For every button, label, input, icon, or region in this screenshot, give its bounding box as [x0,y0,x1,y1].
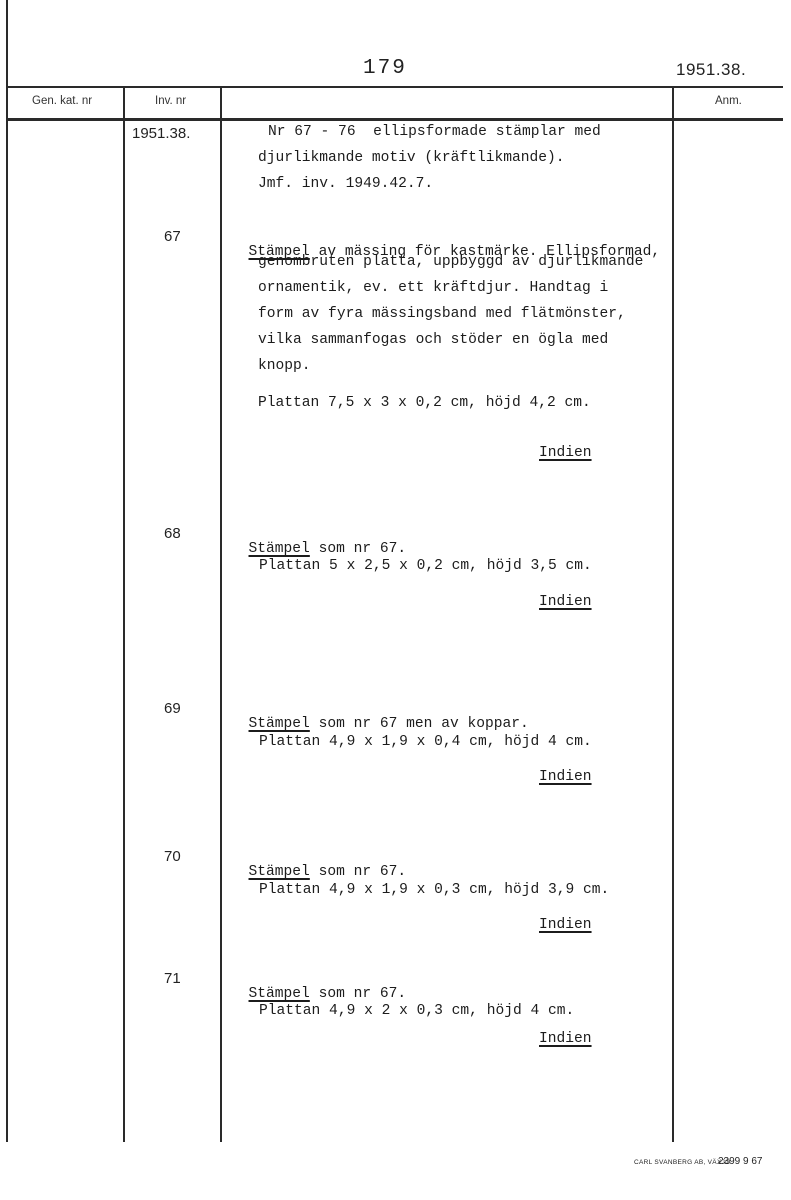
entry-number: 71 [164,970,181,987]
entry-title: Stämpel [249,716,310,732]
entry-line: knopp. [258,358,311,374]
entry-line: vilka sammanfogas och stöder en ögla med [258,332,608,348]
entry-first-line: Stämpel som nr 67. [231,848,406,880]
corner-inventory-number: 1951.38. [676,60,746,80]
intro-line: Jmf. inv. 1949.42.7. [258,176,433,192]
entry-line: form av fyra mässingsband med flätmönste… [258,306,626,322]
entry-first-line-rest: som nr 67. [310,864,406,880]
column-divider-gen-inv [123,86,125,1142]
entry-origin: Indien [539,1031,592,1047]
entry-first-line-rest: som nr 67 men av koppar. [310,716,529,732]
footer-form-number: 2399 9 67 [718,1156,763,1167]
column-header-anm: Anm. [715,95,742,107]
page-number: 179 [363,57,407,80]
entry-dimensions: Plattan 4,9 x 1,9 x 0,3 cm, höjd 3,9 cm. [259,882,609,898]
entry-origin: Indien [539,769,592,785]
entry-dimensions: Plattan 7,5 x 3 x 0,2 cm, höjd 4,2 cm. [258,395,591,411]
entry-number: 67 [164,228,181,245]
entry-number: 69 [164,700,181,717]
entry-origin: Indien [539,917,592,933]
entry-line: ornamentik, ev. ett kräftdjur. Handtag i [258,280,608,296]
entry-first-line: Stämpel som nr 67. [231,970,406,1002]
intro-line: Nr 67 - 76 ellipsformade stämplar med [268,124,601,140]
intro-line: djurlikmande motiv (kräftlikmande). [258,150,565,166]
entry-line: genombruten platta, uppbyggd av djurlikm… [258,254,643,270]
column-divider-inv-desc [220,86,222,1142]
entry-title: Stämpel [249,986,310,1002]
entry-origin: Indien [539,445,592,461]
entry-origin: Indien [539,594,592,610]
column-header-inv-nr: Inv. nr [155,95,186,107]
entry-title: Stämpel [249,864,310,880]
entry-dimensions: Plattan 5 x 2,5 x 0,2 cm, höjd 3,5 cm. [259,558,592,574]
intro-inventory-number: 1951.38. [132,125,190,142]
entry-first-line: Stämpel som nr 67. [231,525,406,557]
entry-title: Stämpel [249,541,310,557]
footer-printer: CARL SVANBERG AB, VÄXJÖ [634,1159,730,1166]
entry-dimensions: Plattan 4,9 x 2 x 0,3 cm, höjd 4 cm. [259,1003,574,1019]
entry-first-line-rest: som nr 67. [310,541,406,557]
column-header-gen-kat-nr: Gen. kat. nr [32,95,92,107]
entry-first-line: Stämpel som nr 67 men av koppar. [231,700,529,732]
entry-first-line-rest: som nr 67. [310,986,406,1002]
column-divider-desc-anm [672,86,674,1142]
entry-dimensions: Plattan 4,9 x 1,9 x 0,4 cm, höjd 4 cm. [259,734,592,750]
entry-number: 68 [164,525,181,542]
left-margin-line [6,0,8,1142]
entry-number: 70 [164,848,181,865]
